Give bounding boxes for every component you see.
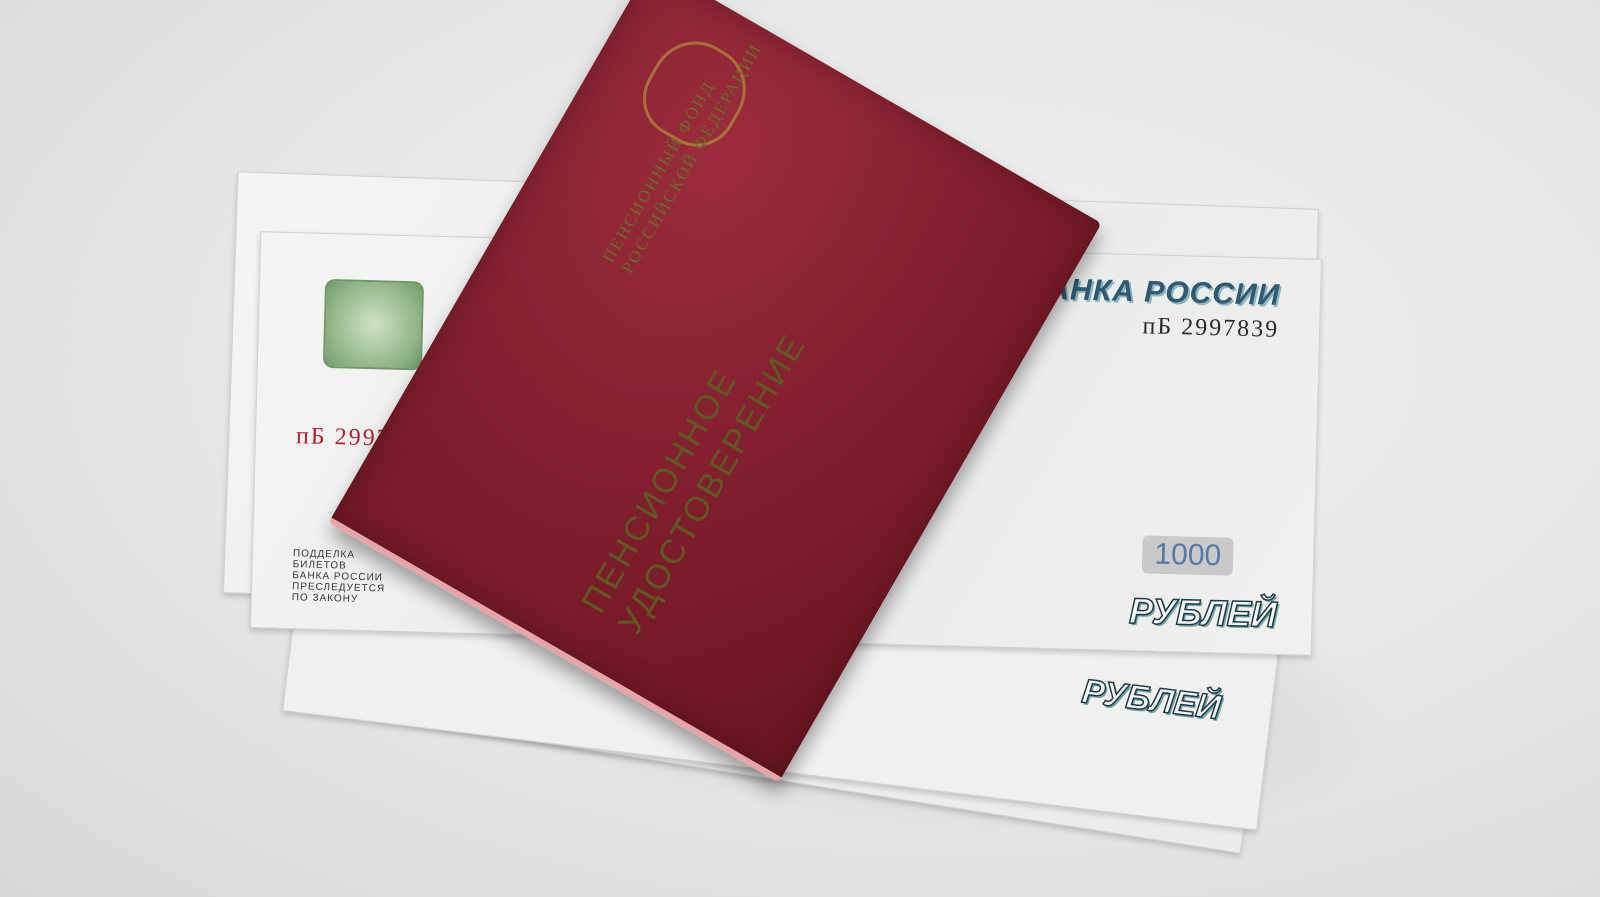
photo-scene: РУБЛЕЙ РУБЛЕЙ БАНКА РОССИИ пБ 2997839 пБ… bbox=[0, 0, 1600, 897]
currency-word: РУБЛЕЙ bbox=[1129, 590, 1278, 636]
serial-number: пБ 2997839 bbox=[1142, 313, 1279, 344]
booklet-title: ПЕНСИОННОЕ УДОСТОВЕРЕНИЕ bbox=[573, 305, 816, 641]
counterfeit-warning: ПОДДЕЛКА БИЛЕТОВ БАНКА РОССИИ ПРЕСЛЕДУЕТ… bbox=[292, 548, 387, 605]
denomination: 1000 bbox=[1142, 535, 1234, 575]
currency-word: РУБЛЕЙ bbox=[1080, 672, 1223, 728]
emblem-icon bbox=[323, 279, 424, 371]
